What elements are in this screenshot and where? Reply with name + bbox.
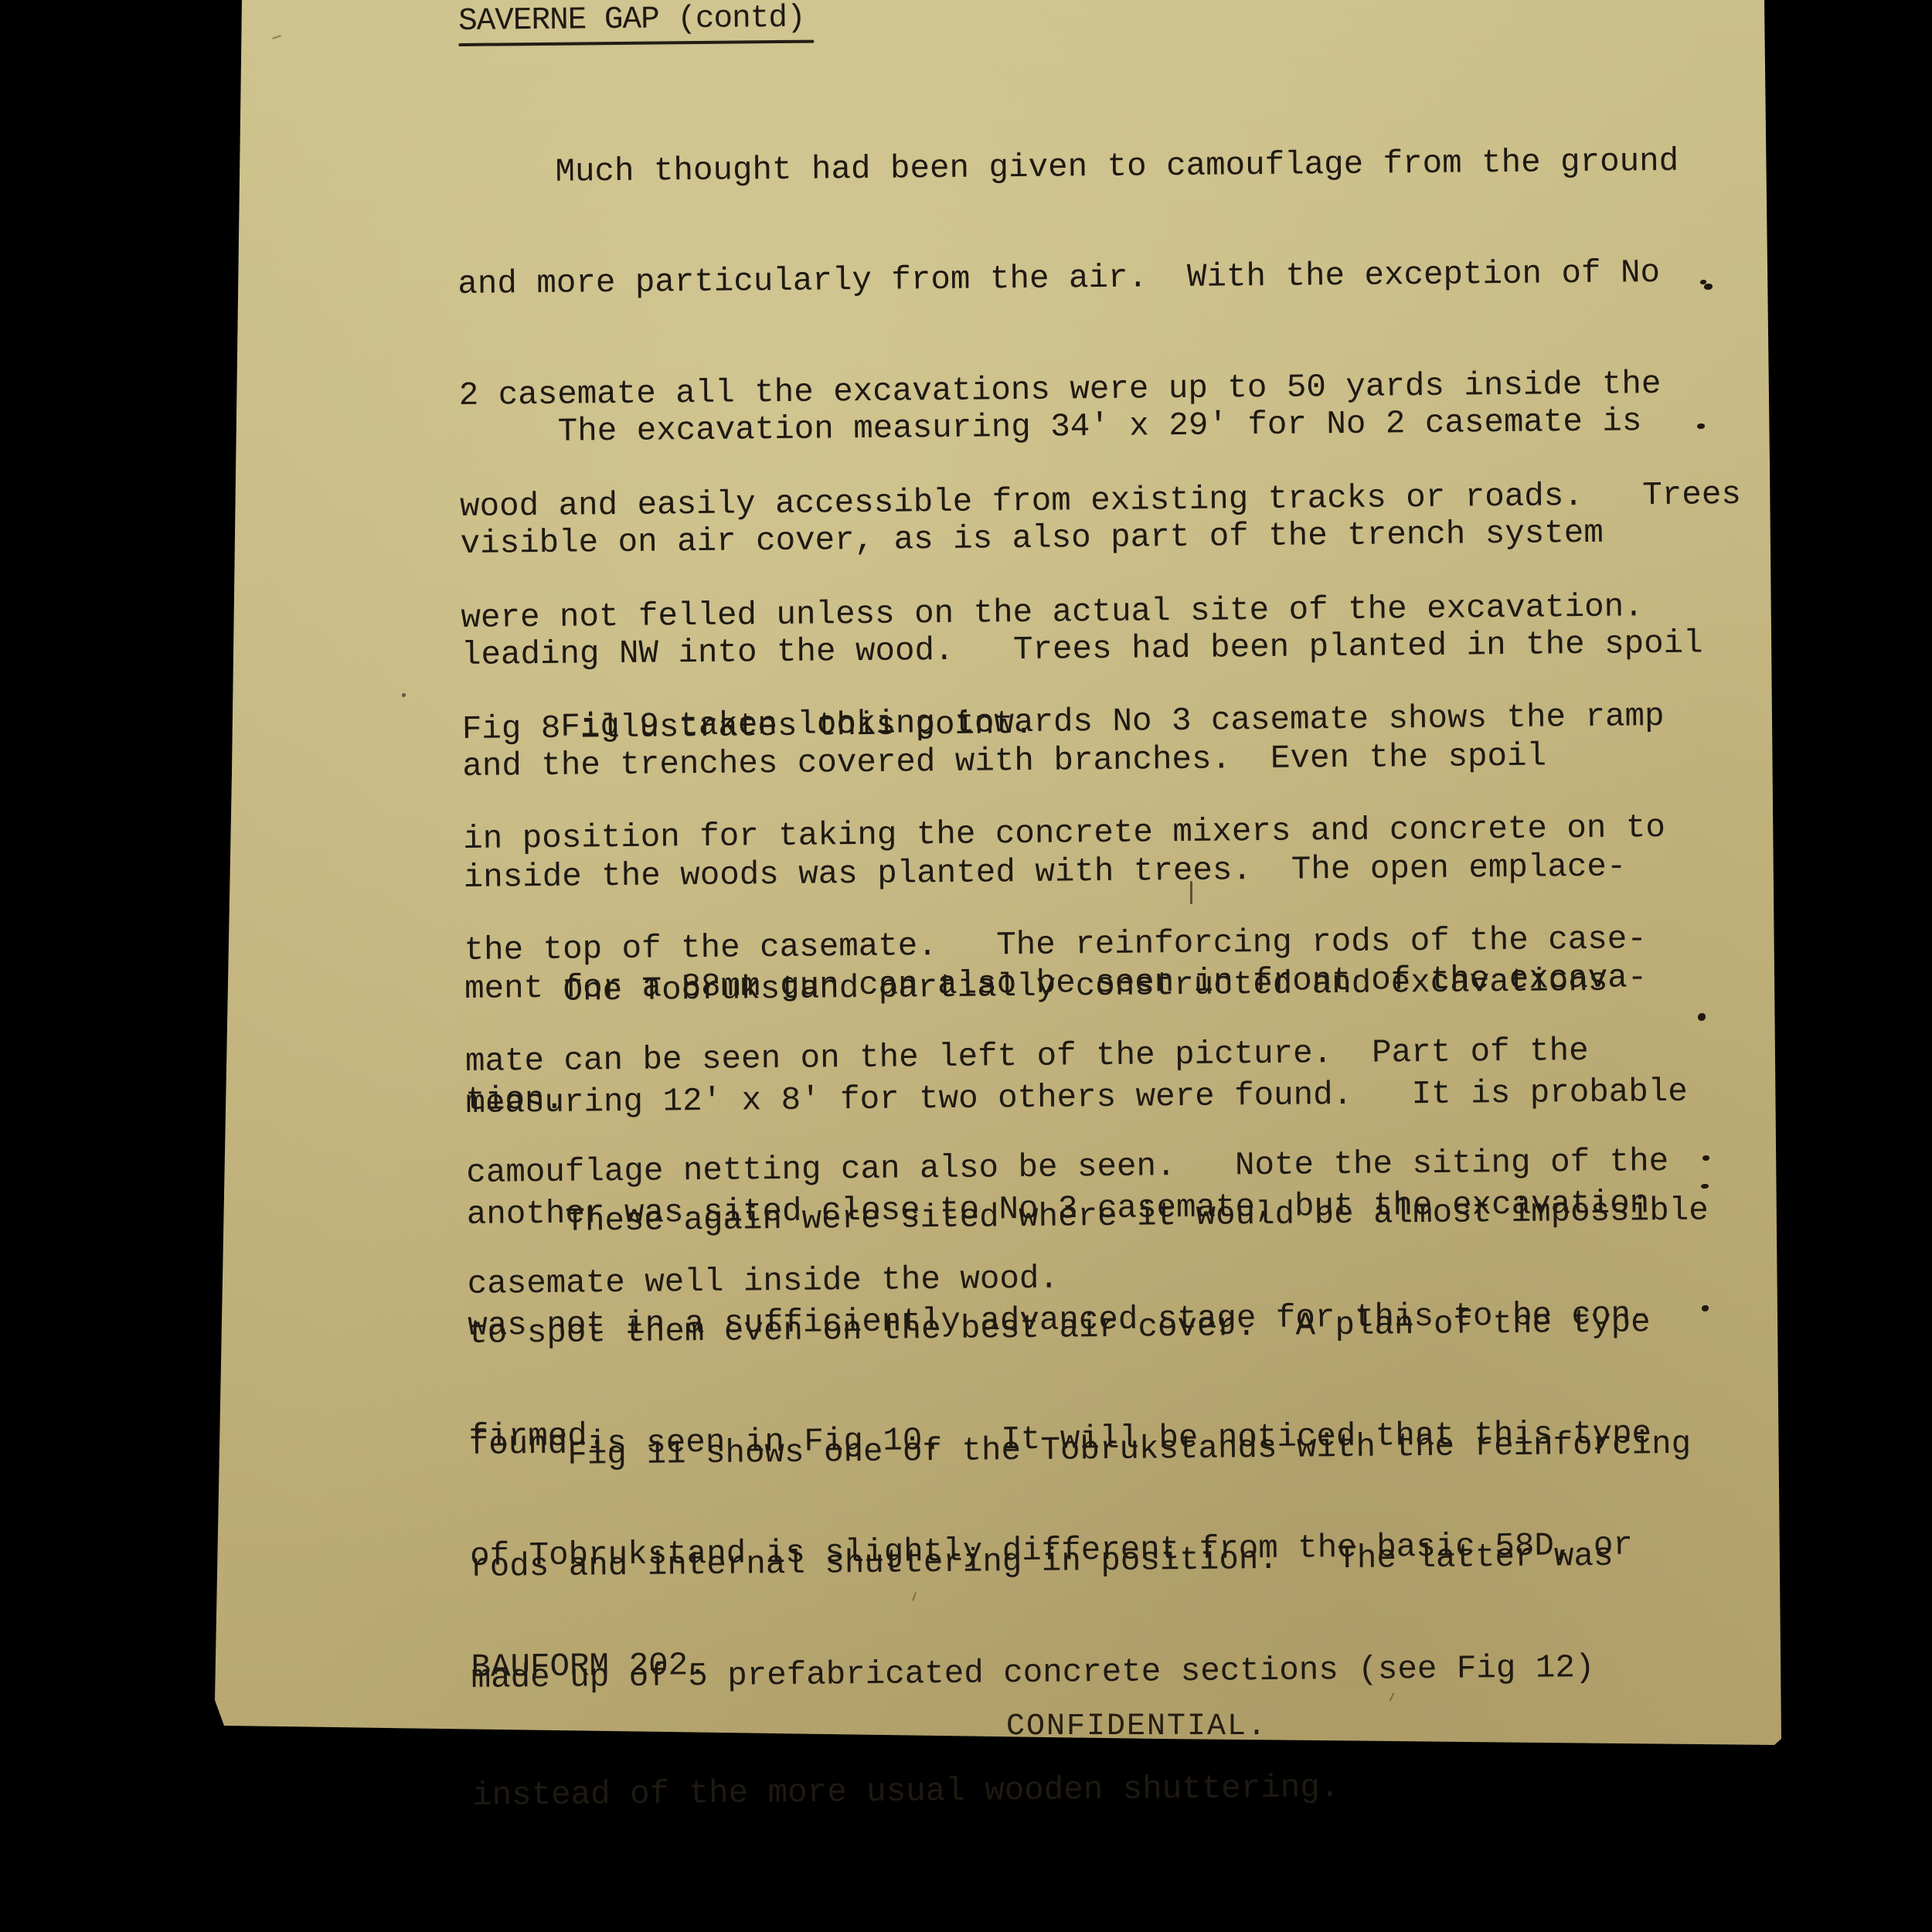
margin-ink-mark: [1702, 1155, 1709, 1161]
margin-ink-mark: [1697, 423, 1705, 429]
confidential-footer: CONFIDENTIAL.: [1006, 1709, 1267, 1736]
paragraph-line: instead of the more usual wooden shutter…: [472, 1759, 1787, 1821]
footer-clip: CONFIDENTIAL.: [0, 0, 1932, 1736]
paper-speck: [1190, 881, 1192, 904]
margin-ink-speck: [402, 693, 406, 697]
margin-ink-mark: [1704, 284, 1713, 290]
margin-ink-mark: [1701, 1184, 1709, 1189]
margin-ink-mark: [1702, 1305, 1709, 1311]
margin-ink-mark: [1698, 1013, 1706, 1021]
